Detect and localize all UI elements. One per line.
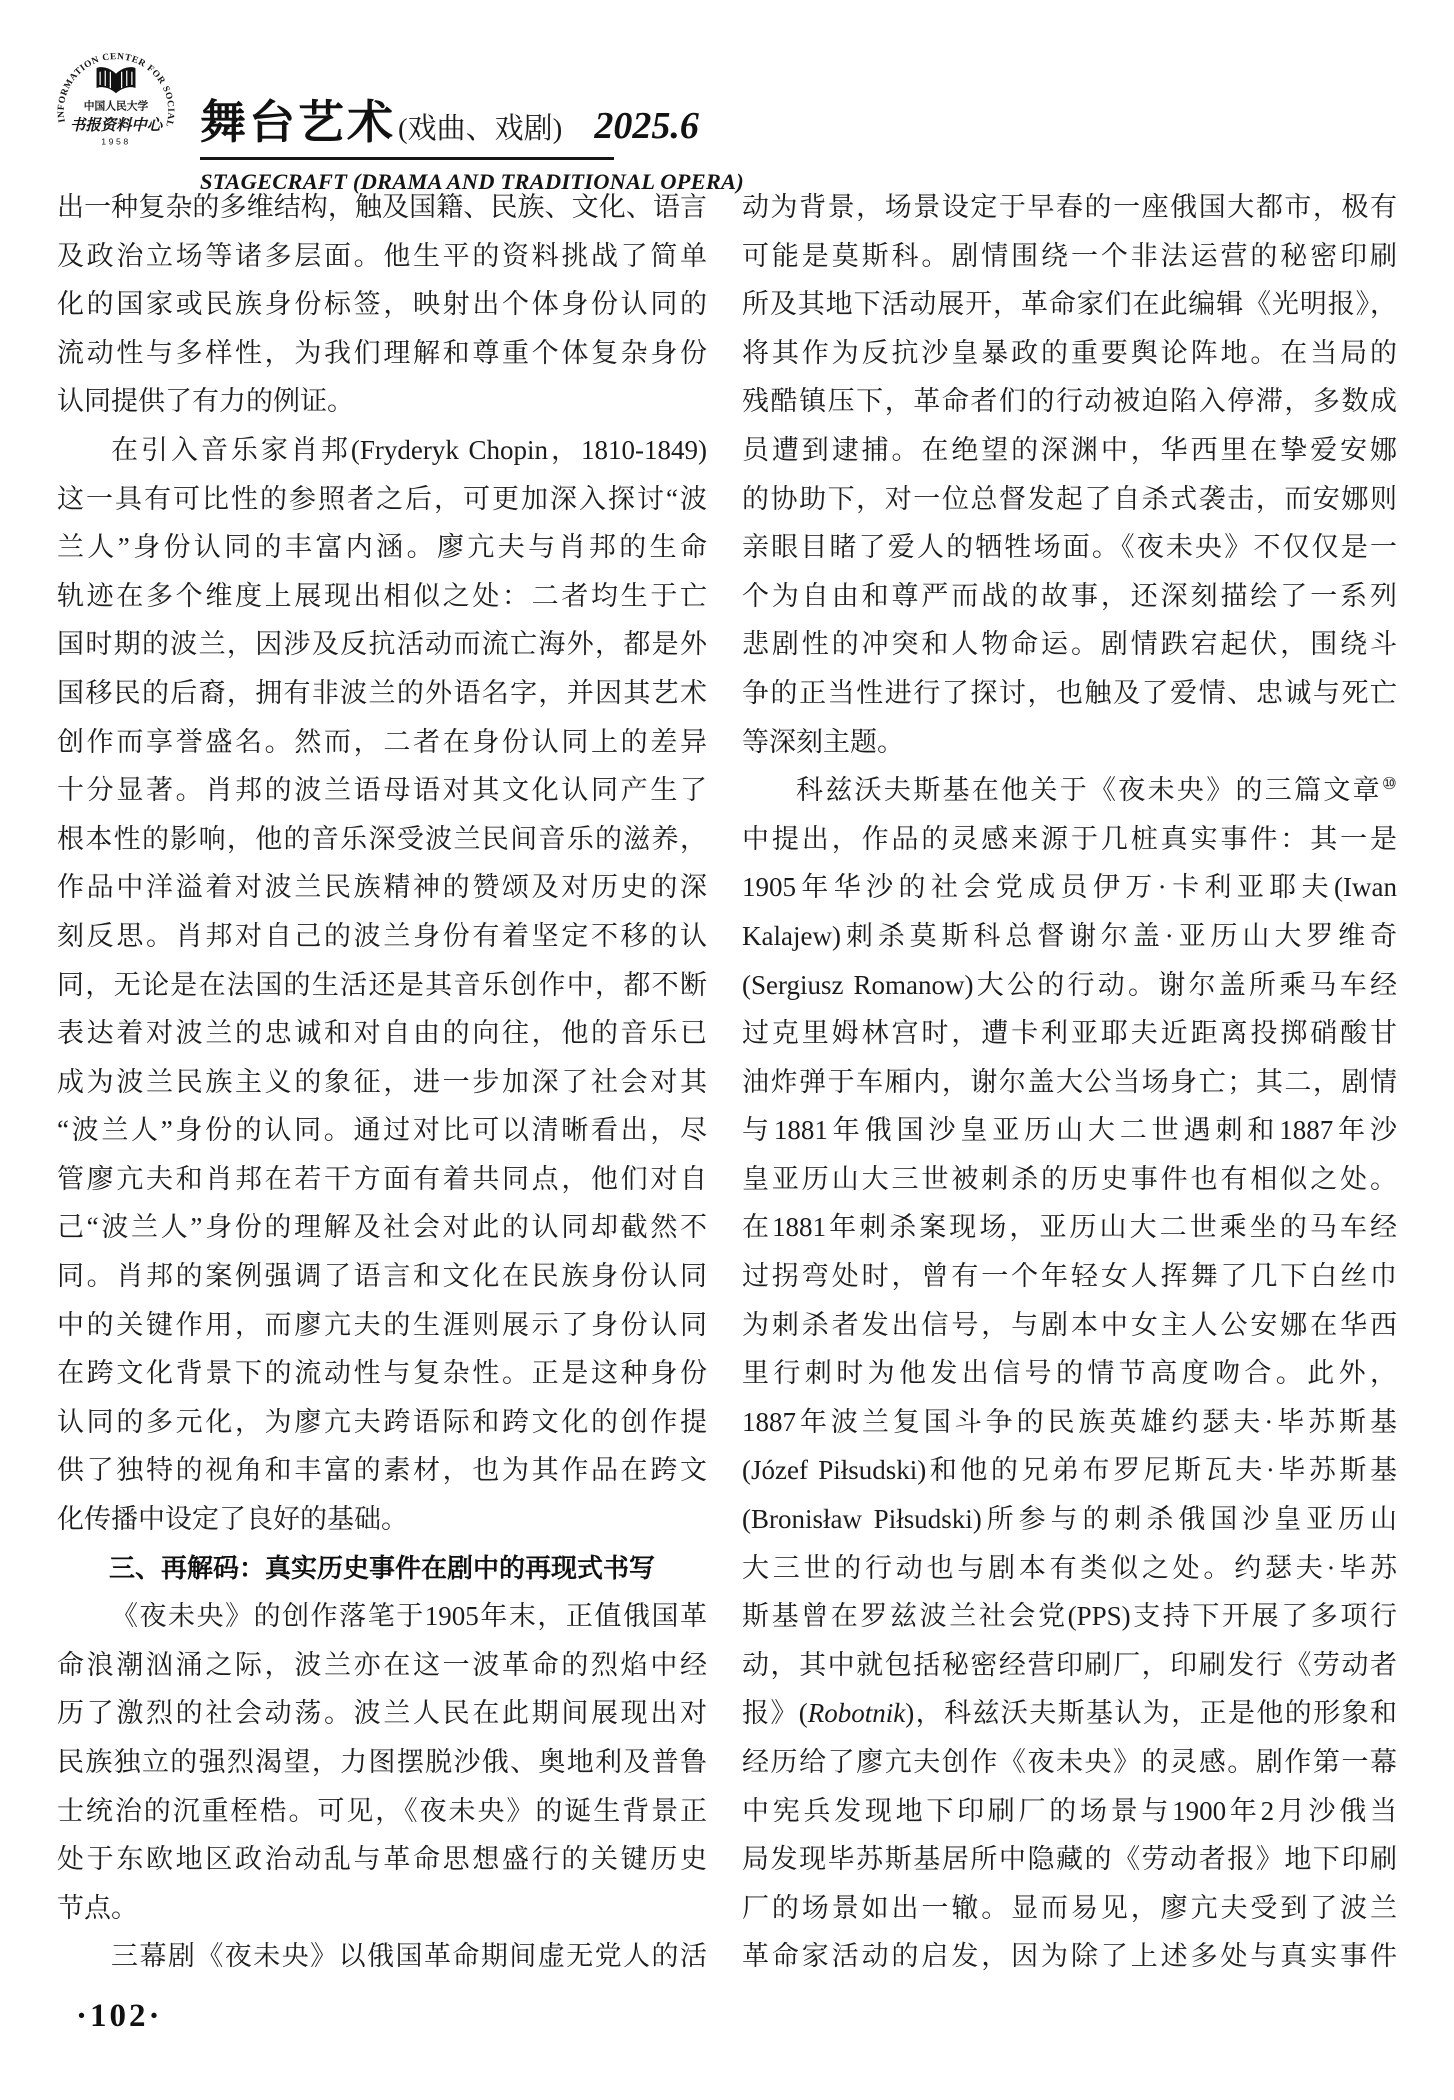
text-line: 中提出，作品的灵感来源于几桩真实事件：其一是 [742, 815, 1397, 864]
text-line: 成为波兰民族主义的象征，进一步加深了社会对其 [57, 1058, 707, 1107]
text-line: 节点。 [57, 1884, 707, 1933]
text-line: 化的国家或民族身份标签，映射出个体身份认同的 [57, 280, 707, 329]
text-line: 斯基曾在罗兹波兰社会党(PPS)支持下开展了多项行 [742, 1592, 1397, 1641]
logo-year-text: 1958 [101, 136, 131, 146]
text-line: 中宪兵发现地下印刷厂的场景与1900年2月沙俄当 [742, 1787, 1397, 1836]
text-line: 科兹沃夫斯基在他关于《夜未央》的三篇文章⑩ [742, 766, 1397, 815]
text-line: 供了独特的视角和丰富的素材，也为其作品在跨文 [57, 1446, 707, 1495]
text-line: 厂的场景如出一辙。显而易见，廖亢夫受到了波兰 [742, 1884, 1397, 1933]
text-line: 残酷镇压下，革命者们的行动被迫陷入停滞，多数成 [742, 377, 1397, 426]
text-line: 三幕剧《夜未央》以俄国革命期间虚无党人的活 [57, 1932, 707, 1981]
text-line: 国时期的波兰，因涉及反抗活动而流亡海外，都是外 [57, 620, 707, 669]
text-line: 1905年华沙的社会党成员伊万·卡利亚耶夫(Iwan [742, 863, 1397, 912]
text-line: 《夜未央》的创作落笔于1905年末，正值俄国革 [57, 1592, 707, 1641]
text-line: 过拐弯处时，曾有一个年轻女人挥舞了几下白丝巾 [742, 1252, 1397, 1301]
text-line: 作品中洋溢着对波兰民族精神的赞颂及对历史的深 [57, 863, 707, 912]
text-line: 动为背景，场景设定于早春的一座俄国大都市，极有 [742, 183, 1397, 232]
text-line: 表达着对波兰的忠诚和对自由的向往，他的音乐已 [57, 1009, 707, 1058]
text-line: 在1881年刺杀案现场，亚历山大二世乘坐的马车经 [742, 1203, 1397, 1252]
journal-title-cn: 舞台艺术 [200, 86, 396, 152]
text-line: 同。肖邦的案例强调了语言和文化在民族身份认同 [57, 1252, 707, 1301]
text-line: 轨迹在多个维度上展现出相似之处：二者均生于亡 [57, 572, 707, 621]
text-line: 中的关键作用，而廖亢夫的生涯则展示了身份认同 [57, 1301, 707, 1350]
text-line: 油炸弹于车厢内，谢尔盖大公当场身亡；其二，剧情 [742, 1058, 1397, 1107]
masthead-divider [200, 157, 614, 160]
text-line: 士统治的沉重桎梏。可见，《夜未央》的诞生背景正 [57, 1787, 707, 1836]
journal-subtitle-cn: (戏曲、戏剧) [398, 106, 562, 147]
text-line: 局发现毕苏斯基居所中隐藏的《劳动者报》地下印刷 [742, 1835, 1397, 1884]
text-line: (Józef Piłsudski)和他的兄弟布罗尼斯瓦夫·毕苏斯基 [742, 1446, 1397, 1495]
text-line: 里行刺时为他发出信号的情节高度吻合。此外， [742, 1349, 1397, 1398]
text-line: Kalajew)刺杀莫斯科总督谢尔盖·亚历山大罗维奇 [742, 912, 1397, 961]
issue-number: 2025.6 [594, 104, 699, 148]
text-line: 悲剧性的冲突和人物命运。剧情跌宕起伏，围绕斗 [742, 620, 1397, 669]
text-line: 创作而享誉盛名。然而，二者在身份认同上的差异 [57, 718, 707, 767]
text-line: “波兰人”身份的认同。通过对比可以清晰看出，尽 [57, 1106, 707, 1155]
text-line: 认同提供了有力的例证。 [57, 377, 707, 426]
text-line: 流动性与多样性，为我们理解和尊重个体复杂身份 [57, 329, 707, 378]
book-icon [97, 67, 136, 93]
text-line: 与1881年俄国沙皇亚历山大二世遇刺和1887年沙 [742, 1106, 1397, 1155]
text-line: 所及其地下活动展开，革命家们在此编辑《光明报》， [742, 280, 1397, 329]
text-line: 1887年波兰复国斗争的民族英雄约瑟夫·毕苏斯基 [742, 1398, 1397, 1447]
text-line: 革命家活动的启发，因为除了上述多处与真实事件 [742, 1932, 1397, 1981]
text-line: 同，无论是在法国的生活还是其音乐创作中，都不断 [57, 961, 707, 1010]
text-line: 亲眼目睹了爱人的牺牲场面。《夜未央》不仅仅是一 [742, 523, 1397, 572]
section-heading: 三、再解码：真实历史事件在剧中的再现式书写 [57, 1544, 707, 1593]
text-line: 管廖亢夫和肖邦在若干方面有着共同点，他们对自 [57, 1155, 707, 1204]
logo-center-text: 书报资料中心 [70, 116, 165, 134]
journal-masthead: 舞台艺术 (戏曲、戏剧) 2025.6 STAGECRAFT (DRAMA AN… [200, 86, 744, 195]
text-line: 国移民的后裔，拥有非波兰的外语名字，并因其艺术 [57, 669, 707, 718]
text-line: (Sergiusz Romanow)大公的行动。谢尔盖所乘马车经 [742, 961, 1397, 1010]
left-column: 出一种复杂的多维结构，触及国籍、民族、文化、语言及政治立场等诸多层面。他生平的资… [57, 183, 707, 1981]
text-line: 在引入音乐家肖邦(Fryderyk Chopin，1810-1849) [57, 426, 707, 475]
logo-university-text: 中国人民大学 [84, 100, 149, 113]
text-line: 动，其中就包括秘密经营印刷厂，印刷发行《劳动者 [742, 1641, 1397, 1690]
text-line: 皇亚历山大三世被刺杀的历史事件也有相似之处。 [742, 1155, 1397, 1204]
text-line: 兰人”身份认同的丰富内涵。廖亢夫与肖邦的生命 [57, 523, 707, 572]
text-line: 经历给了廖亢夫创作《夜未央》的灵感。剧作第一幕 [742, 1738, 1397, 1787]
text-line: 员遭到逮捕。在绝望的深渊中，华西里在挚爱安娜 [742, 426, 1397, 475]
text-line: 处于东欧地区政治动乱与革命思想盛行的关键历史 [57, 1835, 707, 1884]
page-number: ·102· [76, 1998, 163, 2035]
text-line: 大三世的行动也与剧本有类似之处。约瑟夫·毕苏 [742, 1544, 1397, 1593]
rucc-logo-icon: INFORMATION CENTER FOR SOCIAL SCIENCES, … [52, 42, 180, 170]
text-line: 刻反思。肖邦对自己的波兰身份有着坚定不移的认 [57, 912, 707, 961]
text-line: 十分显著。肖邦的波兰语母语对其文化认同产生了 [57, 766, 707, 815]
text-line: 将其作为反抗沙皇暴政的重要舆论阵地。在当局的 [742, 329, 1397, 378]
text-line: 在跨文化背景下的流动性与复杂性。正是这种身份 [57, 1349, 707, 1398]
text-line: 及政治立场等诸多层面。他生平的资料挑战了简单 [57, 232, 707, 281]
text-line: 命浪潮汹涌之际，波兰亦在这一波革命的烈焰中经 [57, 1641, 707, 1690]
text-line: 历了激烈的社会动荡。波兰人民在此期间展现出对 [57, 1689, 707, 1738]
text-line: 己“波兰人”身份的理解及社会对此的认同却截然不 [57, 1203, 707, 1252]
text-line: 过克里姆林宫时，遭卡利亚耶夫近距离投掷硝酸甘 [742, 1009, 1397, 1058]
right-column: 动为背景，场景设定于早春的一座俄国大都市，极有可能是莫斯科。剧情围绕一个非法运营… [742, 183, 1397, 1981]
text-line: 可能是莫斯科。剧情围绕一个非法运营的秘密印刷 [742, 232, 1397, 281]
text-line: 出一种复杂的多维结构，触及国籍、民族、文化、语言 [57, 183, 707, 232]
text-line: 化传播中设定了良好的基础。 [57, 1495, 707, 1544]
text-line: 争的正当性进行了探讨，也触及了爱情、忠诚与死亡 [742, 669, 1397, 718]
text-line: 的协助下，对一位总督发起了自杀式袭击，而安娜则 [742, 475, 1397, 524]
text-line: 民族独立的强烈渴望，力图摆脱沙俄、奥地利及普鲁 [57, 1738, 707, 1787]
text-line: (Bronisław Piłsudski)所参与的刺杀俄国沙皇亚历山 [742, 1495, 1397, 1544]
journal-page: INFORMATION CENTER FOR SOCIAL SCIENCES, … [0, 0, 1454, 2100]
text-line: 根本性的影响，他的音乐深受波兰民间音乐的滋养， [57, 815, 707, 864]
text-line: 等深刻主题。 [742, 718, 1397, 767]
text-line: 认同的多元化，为廖亢夫跨语际和跨文化的创作提 [57, 1398, 707, 1447]
text-line: 这一具有可比性的参照者之后，可更加深入探讨“波 [57, 475, 707, 524]
text-line: 为刺杀者发出信号，与剧本中女主人公安娜在华西 [742, 1301, 1397, 1350]
masthead-title-row: 舞台艺术 (戏曲、戏剧) 2025.6 [200, 86, 744, 152]
text-line: 报》(Robotnik)，科兹沃夫斯基认为，正是他的形象和 [742, 1689, 1397, 1738]
text-line: 个为自由和尊严而战的故事，还深刻描绘了一系列 [742, 572, 1397, 621]
